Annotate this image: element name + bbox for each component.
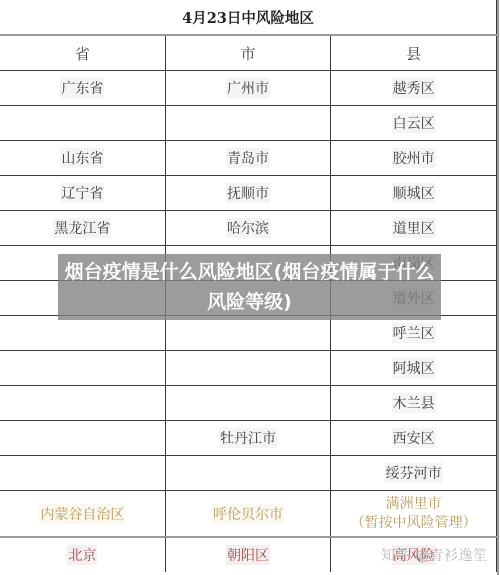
table-row: 阿城区 bbox=[0, 351, 497, 386]
county-cell: 越秀区 bbox=[331, 71, 497, 106]
county-text: 西安区 bbox=[392, 428, 436, 448]
table-row: 绥芬河市 bbox=[0, 456, 497, 491]
table-row-inner-mongolia: 内蒙谷自治区 呼伦贝尔市 满洲里市 （暂按中风险管理） bbox=[0, 491, 497, 538]
city-cell bbox=[165, 106, 331, 141]
county-text: 木兰县 bbox=[392, 393, 436, 413]
county-text: 胶州市 bbox=[392, 148, 436, 168]
county-cell: 胶州市 bbox=[331, 141, 497, 176]
city-cell: 朝阳区 bbox=[165, 537, 331, 572]
province-cell: 黑龙江省 bbox=[0, 211, 165, 246]
city-cell: 青岛市 bbox=[165, 141, 331, 176]
city-text: 哈尔滨 bbox=[226, 218, 270, 238]
table-row: 白云区 bbox=[0, 106, 497, 141]
province-text: 黑龙江省 bbox=[53, 218, 111, 238]
table-row: 牡丹江市 西安区 bbox=[0, 421, 497, 456]
county-text: 顺城区 bbox=[392, 183, 436, 203]
province-cell bbox=[0, 386, 165, 421]
county-cell: 呼兰区 bbox=[331, 316, 497, 351]
province-cell bbox=[0, 351, 165, 386]
city-text: 青岛市 bbox=[226, 148, 270, 168]
city-cell: 哈尔滨 bbox=[165, 211, 331, 246]
county-text: 阿城区 bbox=[392, 358, 436, 378]
city-text: 广州市 bbox=[226, 78, 270, 98]
province-text: 山东省 bbox=[60, 148, 104, 168]
city-cell: 呼伦贝尔市 bbox=[165, 491, 331, 538]
city-cell bbox=[165, 386, 331, 421]
city-cell: 抚顺市 bbox=[165, 176, 331, 211]
watermark: 知乎 @青衫逸笙 bbox=[381, 545, 487, 565]
province-cell bbox=[0, 106, 165, 141]
city-cell bbox=[165, 316, 331, 351]
province-text: 广东省 bbox=[60, 78, 104, 98]
county-text: 越秀区 bbox=[392, 78, 436, 98]
county-cell: 顺城区 bbox=[331, 176, 497, 211]
table-title-row: 4月23日中风险地区 bbox=[0, 0, 497, 35]
header-city: 市 bbox=[165, 35, 331, 71]
header-county: 县 bbox=[331, 35, 497, 71]
county-note: （暂按中风险管理） bbox=[331, 514, 496, 533]
city-text: 呼伦贝尔市 bbox=[212, 504, 284, 524]
city-cell: 广州市 bbox=[165, 71, 331, 106]
table-header-row: 省 市 县 bbox=[0, 35, 497, 71]
table-row: 山东省 青岛市 胶州市 bbox=[0, 141, 497, 176]
table-row: 辽宁省 抚顺市 顺城区 bbox=[0, 176, 497, 211]
county-cell: 绥芬河市 bbox=[331, 456, 497, 491]
table-row: 木兰县 bbox=[0, 386, 497, 421]
county-cell: 道里区 bbox=[331, 211, 497, 246]
county-cell: 满洲里市 （暂按中风险管理） bbox=[331, 491, 497, 538]
province-text: 辽宁省 bbox=[60, 183, 104, 203]
county-text: 绥芬河市 bbox=[385, 463, 443, 483]
city-cell: 牡丹江市 bbox=[165, 421, 331, 456]
table-row: 呼兰区 bbox=[0, 316, 497, 351]
county-cell: 西安区 bbox=[331, 421, 497, 456]
city-text: 抚顺市 bbox=[226, 183, 270, 203]
table-row: 广东省 广州市 越秀区 bbox=[0, 71, 497, 106]
province-cell bbox=[0, 316, 165, 351]
province-cell: 山东省 bbox=[0, 141, 165, 176]
banner-text: 烟台疫情是什么风险地区(烟台疫情属于什么风险等级) bbox=[64, 257, 435, 317]
table-title: 4月23日中风险地区 bbox=[0, 0, 497, 35]
city-cell bbox=[165, 351, 331, 386]
county-cell: 阿城区 bbox=[331, 351, 497, 386]
header-province: 省 bbox=[0, 35, 165, 71]
province-text: 内蒙谷自治区 bbox=[39, 504, 125, 524]
county-text: 道里区 bbox=[392, 218, 436, 238]
province-cell bbox=[0, 421, 165, 456]
county-cell: 木兰县 bbox=[331, 386, 497, 421]
table-row: 黑龙江省 哈尔滨 道里区 bbox=[0, 211, 497, 246]
county-text: 白云区 bbox=[392, 113, 436, 133]
city-text: 牡丹江市 bbox=[219, 428, 277, 448]
province-cell: 内蒙谷自治区 bbox=[0, 491, 165, 538]
county-cell: 白云区 bbox=[331, 106, 497, 141]
province-cell: 辽宁省 bbox=[0, 176, 165, 211]
county-text: 呼兰区 bbox=[392, 323, 436, 343]
city-text: 朝阳区 bbox=[226, 545, 270, 565]
county-text: 满洲里市 bbox=[331, 495, 496, 514]
province-text: 北京 bbox=[67, 545, 97, 565]
province-cell bbox=[0, 456, 165, 491]
province-cell: 北京 bbox=[0, 537, 165, 572]
city-cell bbox=[165, 456, 331, 491]
province-cell: 广东省 bbox=[0, 71, 165, 106]
article-title-banner: 烟台疫情是什么风险地区(烟台疫情属于什么风险等级) bbox=[58, 254, 441, 320]
